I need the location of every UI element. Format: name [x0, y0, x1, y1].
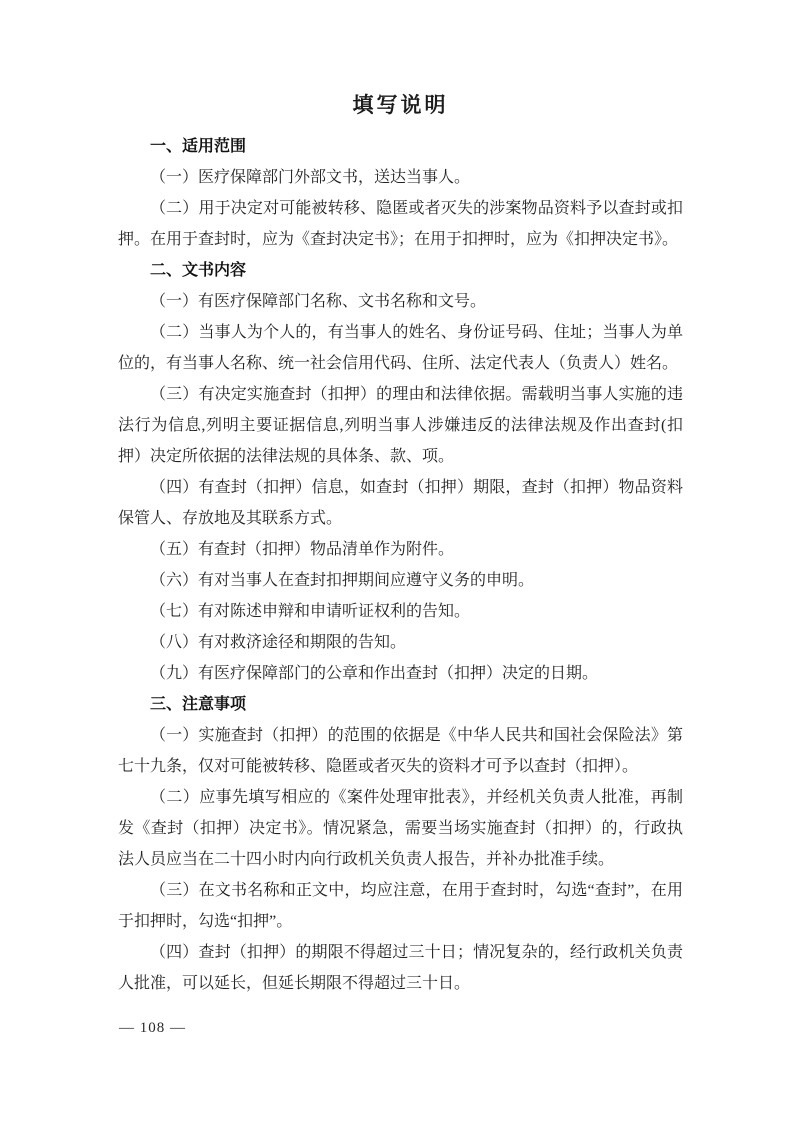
paragraph: （一）实施查封（扣押）的范围的依据是《中华人民共和国社会保险法》第七十九条，仅对… [118, 720, 683, 782]
paragraph: （五）有查封（扣押）物品清单作为附件。 [118, 534, 683, 565]
paragraph: （二）用于决定对可能被转移、隐匿或者灭失的涉案物品资料予以查封或扣押。在用于查封… [118, 193, 683, 255]
paragraph: （六）有对当事人在查封扣押期间应遵守义务的申明。 [118, 565, 683, 596]
section-heading-notes: 三、注意事项 [118, 689, 683, 720]
paragraph: （七）有对陈述申辩和申请听证权利的告知。 [118, 596, 683, 627]
paragraph: （一）有医疗保障部门名称、文书名称和文号。 [118, 286, 683, 317]
page-number: — 108 — [119, 1020, 186, 1037]
paragraph: （三）有决定实施查封（扣押）的理由和法律依据。需载明当事人实施的违法行为信息,列… [118, 379, 683, 472]
paragraph: （三）在文书名称和正文中，均应注意，在用于查封时，勾选“查封”，在用于扣押时，勾… [118, 875, 683, 937]
document-body: 一、适用范围 （一）医疗保障部门外部文书，送达当事人。 （二）用于决定对可能被转… [118, 131, 683, 999]
paragraph: （一）医疗保障部门外部文书，送达当事人。 [118, 162, 683, 193]
paragraph: （二）当事人为个人的，有当事人的姓名、身份证号码、住址；当事人为单位的，有当事人… [118, 317, 683, 379]
paragraph: （八）有对救济途径和期限的告知。 [118, 627, 683, 658]
section-heading-scope: 一、适用范围 [118, 131, 683, 162]
document-page: 填写说明 一、适用范围 （一）医疗保障部门外部文书，送达当事人。 （二）用于决定… [0, 0, 793, 1122]
paragraph: （二）应事先填写相应的《案件处理审批表》，并经机关负责人批准，再制发《查封（扣押… [118, 782, 683, 875]
paragraph: （九）有医疗保障部门的公章和作出查封（扣押）决定的日期。 [118, 658, 683, 689]
paragraph: （四）有查封（扣押）信息，如查封（扣押）期限，查封（扣押）物品资料保管人、存放地… [118, 472, 683, 534]
section-heading-contents: 二、文书内容 [118, 255, 683, 286]
paragraph: （四）查封（扣押）的期限不得超过三十日；情况复杂的，经行政机关负责人批准，可以延… [118, 937, 683, 999]
document-title: 填写说明 [118, 88, 683, 122]
